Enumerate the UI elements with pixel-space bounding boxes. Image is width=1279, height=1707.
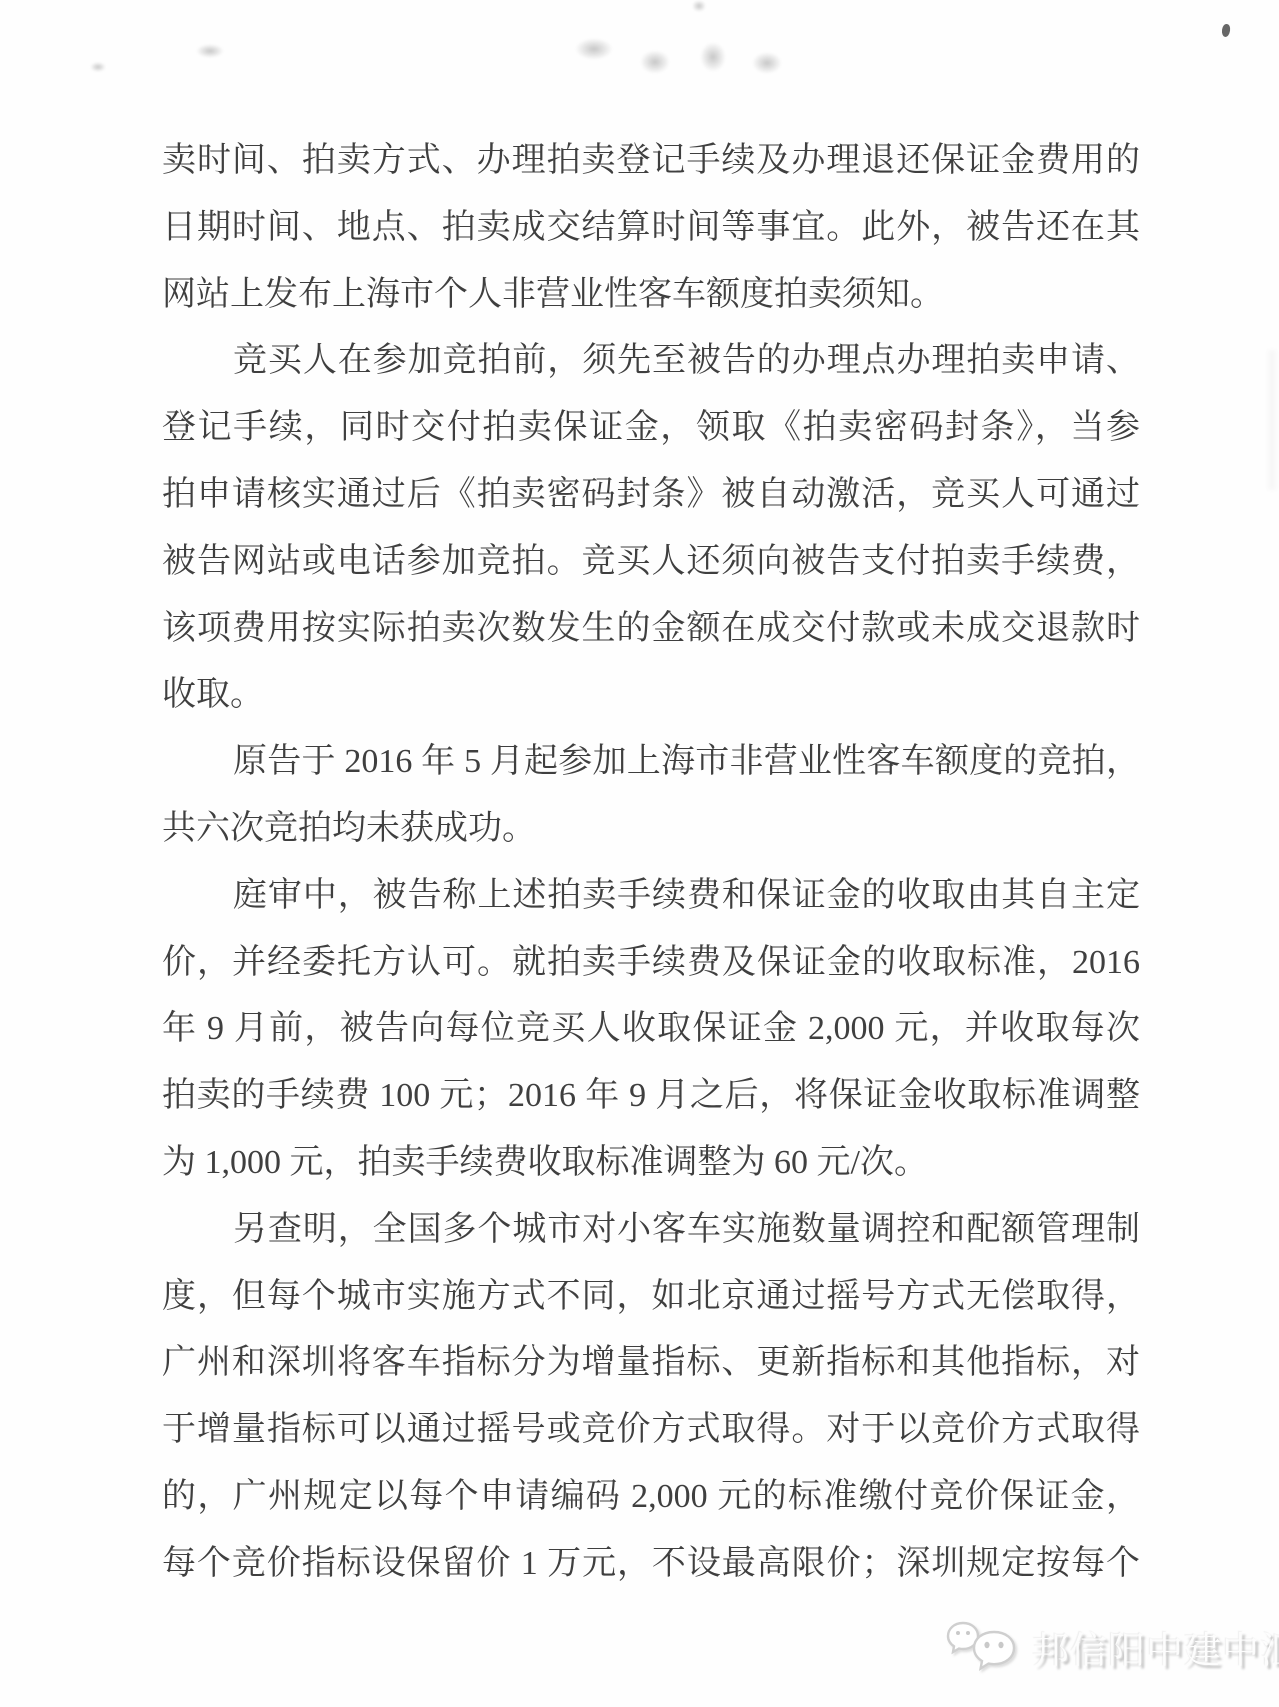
scan-smudge xyxy=(90,62,106,72)
document-line: 于增量指标可以通过摇号或竞价方式取得。对于以竞价方式取得 xyxy=(162,1397,1140,1464)
watermark: 邦信阳中建中汇 xyxy=(946,1618,1279,1676)
document-line: 登记手续，同时交付拍卖保证金，领取《拍卖密码封条》，当参 xyxy=(162,395,1140,462)
document-line: 价，并经委托方认可。就拍卖手续费及保证金的收取标准，2016 xyxy=(162,930,1140,997)
document-line: 共六次竞拍均未获成功。 xyxy=(162,796,1140,863)
document-line: 为 1,000 元，拍卖手续费收取标准调整为 60 元/次。 xyxy=(162,1130,1140,1197)
scan-smudge xyxy=(700,42,726,72)
document-line: 收取。 xyxy=(162,662,1140,729)
scan-smudge xyxy=(640,50,670,74)
document-line: 拍申请核实通过后《拍卖密码封条》被自动激活，竞买人可通过 xyxy=(162,462,1140,529)
document-body: 卖时间、拍卖方式、办理拍卖登记手续及办理退还保证金费用的 日期时间、地点、拍卖成… xyxy=(162,128,1140,1598)
ink-speck xyxy=(1221,24,1231,38)
scanned-document-page: 卖时间、拍卖方式、办理拍卖登记手续及办理退还保证金费用的 日期时间、地点、拍卖成… xyxy=(0,0,1279,1707)
document-line: 广州和深圳将客车指标分为增量指标、更新指标和其他指标，对 xyxy=(162,1330,1140,1397)
scan-smudge xyxy=(575,38,613,60)
document-line: 另查明，全国多个城市对小客车实施数量调控和配额管理制 xyxy=(162,1197,1140,1264)
document-line: 竞买人在参加竞拍前，须先至被告的办理点办理拍卖申请、 xyxy=(162,328,1140,395)
document-line: 年 9 月前，被告向每位竞买人收取保证金 2,000 元，并收取每次 xyxy=(162,996,1140,1063)
document-line: 卖时间、拍卖方式、办理拍卖登记手续及办理退还保证金费用的 xyxy=(162,128,1140,195)
document-line: 网站上发布上海市个人非营业性客车额度拍卖须知。 xyxy=(162,262,1140,329)
document-line: 度，但每个城市实施方式不同，如北京通过摇号方式无偿取得， xyxy=(162,1264,1140,1331)
wechat-icon xyxy=(946,1618,1022,1676)
scan-edge-streak xyxy=(1268,350,1276,490)
document-line: 拍卖的手续费 100 元；2016 年 9 月之后，将保证金收取标准调整 xyxy=(162,1063,1140,1130)
scan-smudge xyxy=(752,52,782,74)
document-line: 日期时间、地点、拍卖成交结算时间等事宜。此外，被告还在其 xyxy=(162,195,1140,262)
watermark-label: 邦信阳中建中汇 xyxy=(1032,1620,1279,1674)
document-line: 每个竞价指标设保留价 1 万元，不设最高限价；深圳规定按每个 xyxy=(162,1531,1140,1598)
scan-smudge xyxy=(196,44,224,58)
document-line: 原告于 2016 年 5 月起参加上海市非营业性客车额度的竞拍， xyxy=(162,729,1140,796)
scan-smudge xyxy=(692,0,706,12)
document-line: 的，广州规定以每个申请编码 2,000 元的标准缴付竞价保证金， xyxy=(162,1464,1140,1531)
document-line: 庭审中，被告称上述拍卖手续费和保证金的收取由其自主定 xyxy=(162,863,1140,930)
document-line: 该项费用按实际拍卖次数发生的金额在成交付款或未成交退款时 xyxy=(162,596,1140,663)
document-line: 被告网站或电话参加竞拍。竞买人还须向被告支付拍卖手续费， xyxy=(162,529,1140,596)
